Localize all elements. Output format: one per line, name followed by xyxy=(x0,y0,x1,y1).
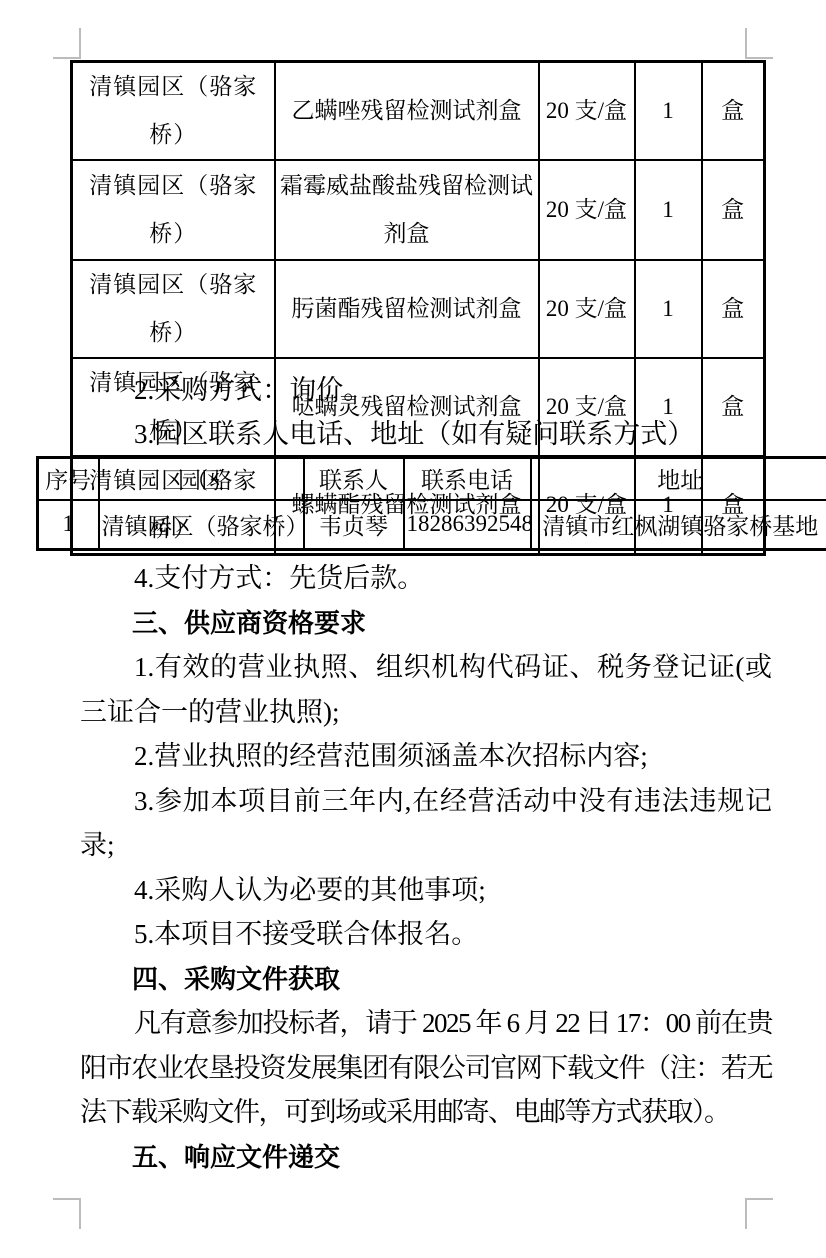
header-address: 地址 xyxy=(531,458,826,500)
qty-cell: 1 xyxy=(635,260,702,358)
paragraph-requirement-1: 1.有效的营业执照、组织机构代码证、税务登记证(或三证合一的营业执照); xyxy=(80,645,772,734)
park-cell: 清镇园区（骆家桥） xyxy=(72,160,275,260)
spec-cell: 20 支/盒 xyxy=(539,160,635,260)
address-cell: 清镇市红枫湖镇骆家桥基地 xyxy=(531,500,826,550)
paragraph-purchase-method: 2.采购方式：询价。 xyxy=(80,368,772,412)
table-row: 1 清镇园区（骆家桥） 韦贞琴 18286392548 清镇市红枫湖镇骆家桥基地 xyxy=(38,500,826,550)
heading-response-submission: 五、响应文件递交 xyxy=(80,1135,772,1180)
qty-cell: 1 xyxy=(635,160,702,260)
item-cell: 乙螨唑残留检测试剂盒 xyxy=(275,62,539,161)
paragraph-requirement-4: 4.采购人认为必要的其他事项; xyxy=(80,868,772,913)
paragraph-requirement-5: 5.本项目不接受联合体报名。 xyxy=(80,912,772,957)
header-park: 园区 xyxy=(99,458,304,500)
item-cell: 霜霉威盐酸盐残留检测试剂盒 xyxy=(275,160,539,260)
spec-cell: 20 支/盒 xyxy=(539,260,635,358)
margin-crop-mark-top-right xyxy=(745,28,773,59)
paragraph-payment: 4.支付方式：先货后款。 xyxy=(80,556,772,601)
margin-crop-mark-top-left xyxy=(53,28,81,59)
table-row: 清镇园区（骆家桥） 乙螨唑残留检测试剂盒 20 支/盒 1 盒 xyxy=(72,62,765,161)
header-contact: 联系人 xyxy=(304,458,404,500)
table-header-row: 序号 园区 联系人 联系电话 地址 xyxy=(38,458,826,500)
contact-cell: 韦贞琴 xyxy=(304,500,404,550)
header-phone: 联系电话 xyxy=(404,458,531,500)
text-block-lower: 4.支付方式：先货后款。 三、供应商资格要求 1.有效的营业执照、组织机构代码证… xyxy=(80,556,772,1179)
paragraph-document-acquisition: 凡有意参加投标者，请于 2025 年 6 月 22 日 17：00 前在贵阳市农… xyxy=(80,1001,772,1135)
no-cell: 1 xyxy=(38,500,99,550)
paragraph-requirement-3: 3.参加本项目前三年内,在经营活动中没有违法违规记录; xyxy=(80,779,772,868)
margin-crop-mark-bottom-right xyxy=(745,1198,773,1229)
unit-cell: 盒 xyxy=(702,62,765,161)
paragraph-requirement-2: 2.营业执照的经营范围须涵盖本次招标内容; xyxy=(80,734,772,779)
paragraph-contact-intro: 3.园区联系人电话、地址（如有疑问联系方式） xyxy=(80,412,772,456)
margin-crop-mark-bottom-left xyxy=(53,1198,81,1229)
table-row: 清镇园区（骆家桥） 霜霉威盐酸盐残留检测试剂盒 20 支/盒 1 盒 xyxy=(72,160,765,260)
spec-cell: 20 支/盒 xyxy=(539,62,635,161)
header-no: 序号 xyxy=(38,458,99,500)
unit-cell: 盒 xyxy=(702,160,765,260)
heading-document-acquisition: 四、采购文件获取 xyxy=(80,957,772,1002)
qty-cell: 1 xyxy=(635,62,702,161)
item-cell: 肟菌酯残留检测试剂盒 xyxy=(275,260,539,358)
phone-cell: 18286392548 xyxy=(404,500,531,550)
contacts-table: 序号 园区 联系人 联系电话 地址 1 清镇园区（骆家桥） 韦贞琴 182863… xyxy=(36,456,826,551)
text-block-upper: 2.采购方式：询价。 3.园区联系人电话、地址（如有疑问联系方式） xyxy=(80,368,772,456)
document-page: 清镇园区（骆家桥） 乙螨唑残留检测试剂盒 20 支/盒 1 盒 清镇园区（骆家桥… xyxy=(0,0,826,1258)
park-cell: 清镇园区（骆家桥） xyxy=(99,500,304,550)
park-cell: 清镇园区（骆家桥） xyxy=(72,260,275,358)
unit-cell: 盒 xyxy=(702,260,765,358)
park-cell: 清镇园区（骆家桥） xyxy=(72,62,275,161)
table-row: 清镇园区（骆家桥） 肟菌酯残留检测试剂盒 20 支/盒 1 盒 xyxy=(72,260,765,358)
heading-supplier-requirements: 三、供应商资格要求 xyxy=(80,601,772,646)
